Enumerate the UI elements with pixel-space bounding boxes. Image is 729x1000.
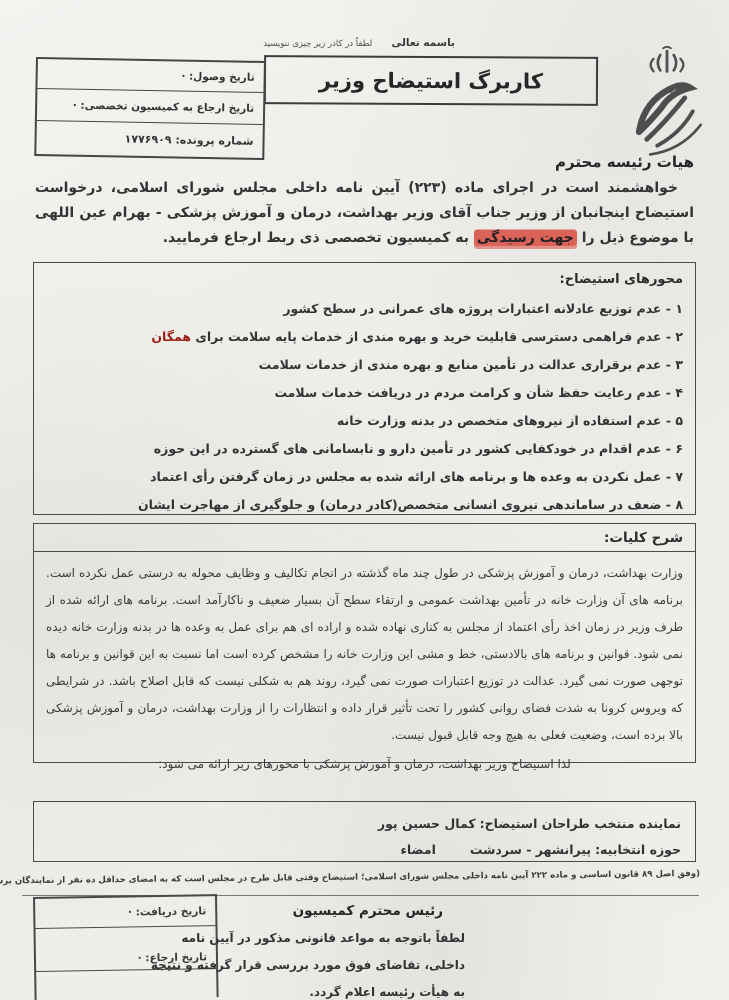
axes-item-4: ۴ - عدم رعایت حفظ شأن و کرامت مردم در در… — [46, 379, 683, 407]
axes-item-2-red: همگان — [151, 329, 191, 344]
axes-item-6-text: ۶ - عدم اقدام در خودکفایی کشور در تأمین … — [154, 441, 683, 456]
case-number-field: شماره پرونده: ۱۷۷۶۹۰۹ — [36, 121, 263, 158]
page-title: کاربرگ استیضاح وزیر — [319, 68, 543, 93]
representative-label: نماینده منتخب طراحان استیضاح: — [480, 816, 681, 831]
axes-item-7-text: ۷ - عمل نکردن به وعده ها و برنامه های ار… — [150, 469, 683, 484]
axes-item-3-text: ۳ - عدم برقراری عدالت در تأمین منابع و ب… — [259, 357, 683, 372]
majlis-emblem-svg — [619, 44, 715, 162]
scanned-document-page: باسمه تعالی لطفاً در کادر زیر چیزی ننویس… — [0, 0, 729, 1000]
axes-item-2: ۲ - عدم فراهمی دسترسی قابلیت خرید و بهره… — [46, 323, 683, 351]
impeachment-axes-box: محورهای استیضاح: ۱ - عدم توزیع عادلانه ا… — [33, 262, 696, 515]
nominee-representative-line: نماینده منتخب طراحان استیضاح: کمال حسین … — [48, 811, 681, 837]
representative-name: کمال حسین پور — [378, 816, 476, 831]
top-note-line: باسمه تعالی لطفاً در کادر زیر چیزی ننویس… — [263, 31, 455, 50]
commission-chair-line-3: به هیأت رئیسه اعلام گردد. — [125, 979, 465, 1000]
intro-text-end: به کمیسیون تخصصی ذی ربط ارجاع فرمایید. — [163, 230, 474, 246]
receipt-date-field: تاریخ وصول: · — [37, 59, 263, 93]
highlighted-phrase: جهت رسیدگی — [474, 230, 577, 246]
axes-item-6: ۶ - عدم اقدام در خودکفایی کشور در تأمین … — [46, 435, 683, 463]
document-content: باسمه تعالی لطفاً در کادر زیر چیزی ننویس… — [0, 0, 729, 1000]
commission-chair-note: رئیس محترم کمیسیون لطفاً باتوجه به مواعد… — [125, 903, 465, 1000]
commission-chair-line-1: لطفاً باتوجه به مواعد قانونی مذکور در آی… — [125, 925, 465, 952]
description-paragraph: وزارت بهداشت، درمان و آموزش پزشکی در طول… — [46, 560, 683, 749]
axes-item-8-text: ۸ - ضعف در ساماندهی نیروی انسانی متخصص(ک… — [138, 497, 683, 512]
nominee-district-line: حوزه انتخابیه: پیرانشهر - سردشت امضاء — [48, 837, 681, 863]
majlis-emblem-icon — [619, 44, 715, 162]
axes-item-8: ۸ - ضعف در ساماندهی نیروی انسانی متخصص(ک… — [46, 491, 683, 519]
no-write-note: لطفاً در کادر زیر چیزی ننویسید — [263, 39, 372, 49]
registry-box: تاریخ وصول: · تاریخ ارجاع به کمیسیون تخص… — [34, 57, 266, 160]
axes-item-4-text: ۴ - عدم رعایت حفظ شأن و کرامت مردم در در… — [274, 385, 683, 400]
intro-paragraph: خواهشمند است در اجرای ماده (۲۲۳) آیین نا… — [35, 176, 694, 251]
axes-heading: محورهای استیضاح: — [46, 272, 683, 287]
district-name: پیرانشهر - سردشت — [470, 842, 591, 857]
basmala-text: باسمه تعالی — [391, 37, 455, 49]
commission-chair-line-2: داخلی، تقاضای فوق مورد بررسی قرار گرفته … — [125, 952, 465, 979]
description-body: وزارت بهداشت، درمان و آموزش پزشکی در طول… — [34, 552, 695, 778]
legal-quorum-note: (وفق اصل ۸۹ قانون اساسی و ماده ۲۲۲ آیین … — [18, 869, 700, 886]
district-label: حوزه انتخابیه: — [595, 842, 681, 857]
axes-item-7: ۷ - عمل نکردن به وعده ها و برنامه های ار… — [46, 463, 683, 491]
axes-item-5-text: ۵ - عدم استفاده از نیروهای متخصص در بدنه… — [337, 413, 683, 428]
salutation-heading: هیات رئیسه محترم — [555, 153, 694, 171]
description-heading: شرح کلیات: — [34, 524, 695, 552]
axes-item-2-text: ۲ - عدم فراهمی دسترسی قابلیت خرید و بهره… — [191, 329, 683, 344]
signature-label: امضاء — [400, 842, 435, 857]
commission-referral-date-field: تاریخ ارجاع به کمیسیون تخصصی: · — [37, 89, 264, 125]
axes-item-5: ۵ - عدم استفاده از نیروهای متخصص در بدنه… — [46, 407, 683, 435]
general-description-box: شرح کلیات: وزارت بهداشت، درمان و آموزش پ… — [33, 523, 696, 763]
axes-item-3: ۳ - عدم برقراری عدالت در تأمین منابع و ب… — [46, 351, 683, 379]
axes-item-1-text: ۱ - عدم توزیع عادلانه اعتبارات پروژه های… — [283, 301, 683, 316]
form-title-box: کاربرگ استیضاح وزیر — [264, 55, 598, 106]
commission-chair-heading: رئیس محترم کمیسیون — [125, 903, 443, 919]
nominee-box: نماینده منتخب طراحان استیضاح: کمال حسین … — [33, 801, 696, 862]
description-closing-line: لذا استیضاح وزیر بهداشت، درمان و آموزش پ… — [46, 751, 683, 778]
axes-item-1: ۱ - عدم توزیع عادلانه اعتبارات پروژه های… — [46, 295, 683, 323]
